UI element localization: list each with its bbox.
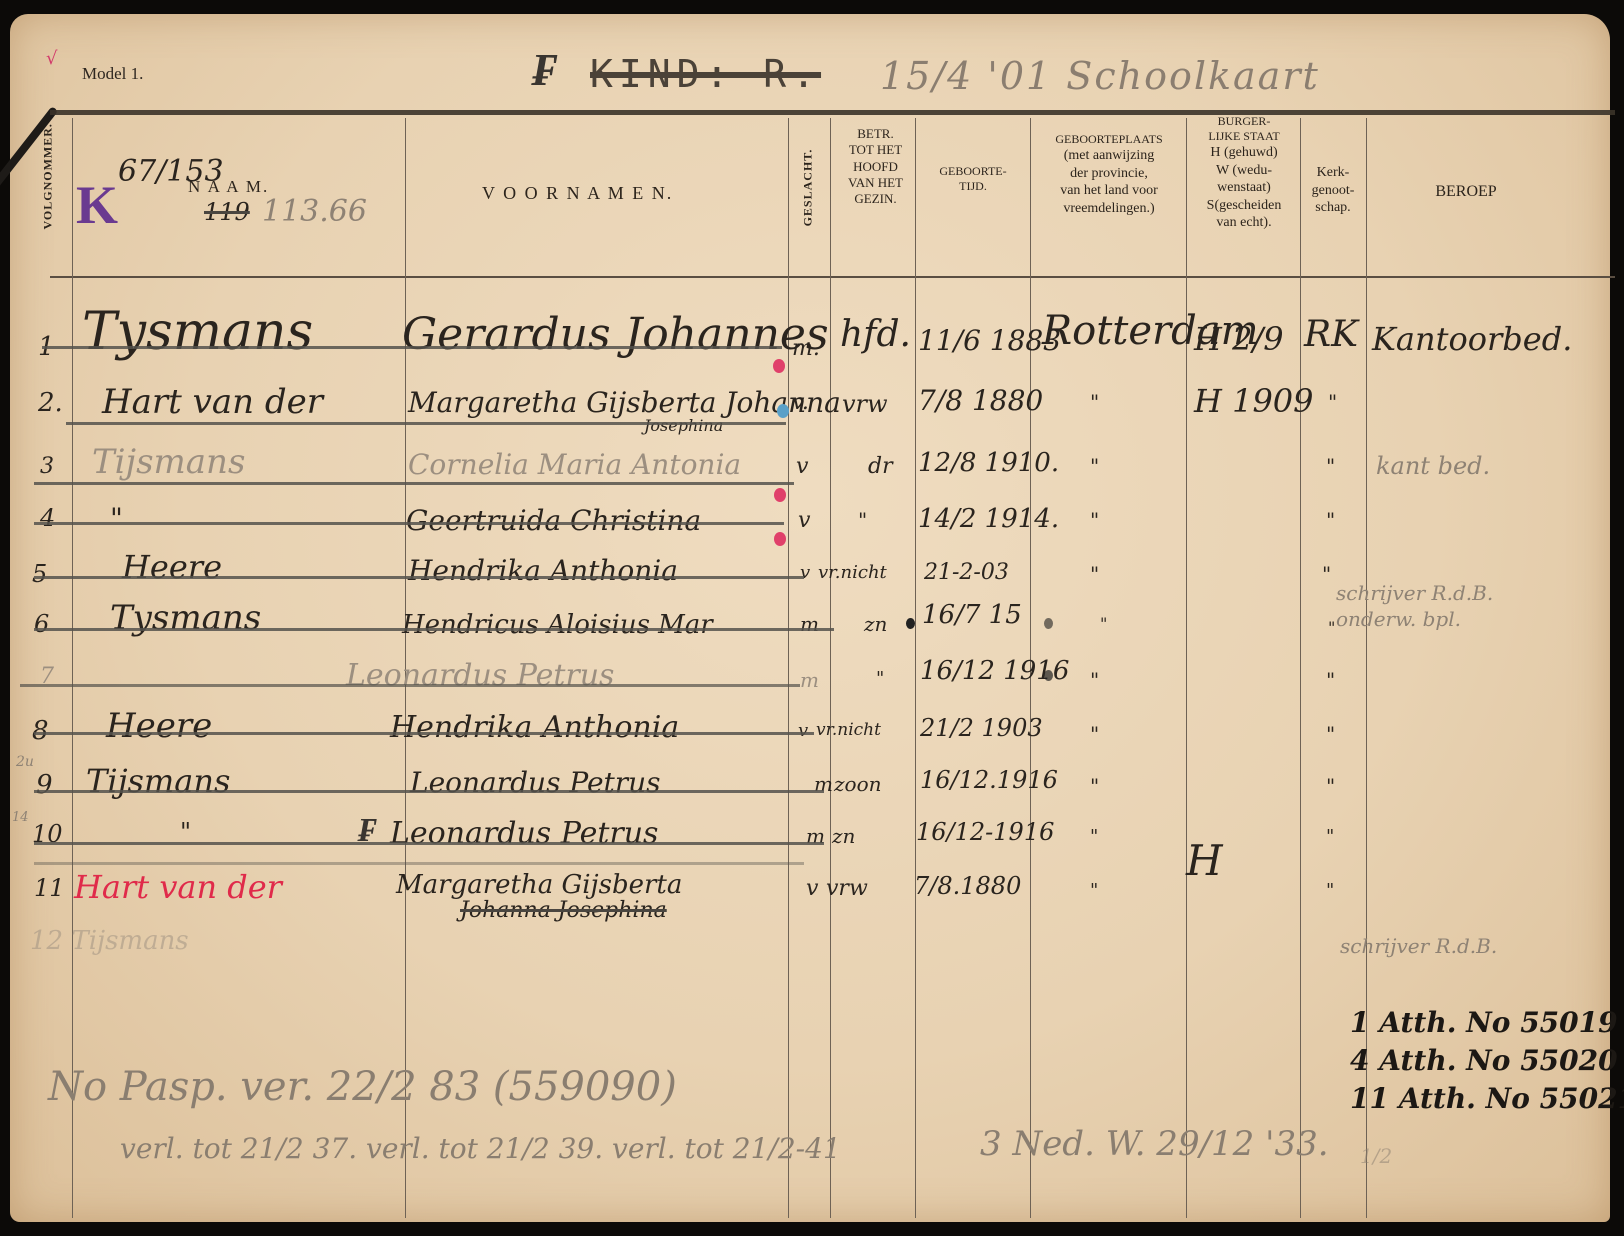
black-dot-icon: [1044, 670, 1053, 681]
header-line: HOOFD: [838, 159, 913, 175]
header-kerkgenootschap: Kerk- genoot- schap.: [1300, 164, 1366, 217]
header-line: BURGER-: [1186, 114, 1302, 129]
kerk-cell: ": [1322, 562, 1331, 586]
geslacht-cell: m.: [792, 336, 820, 361]
header-betrekking: BETR. TOT HET HOOFD VAN HET GEZIN.: [838, 126, 913, 207]
geboortetijd-cell: 16/7 15: [922, 600, 1022, 630]
geboorteplaats-cell: ": [1100, 614, 1107, 633]
kerk-cell: RK: [1304, 314, 1358, 355]
column-divider: [72, 118, 73, 1218]
voornamen-cell: Margaretha Gijsberta Johanna: [408, 386, 841, 419]
beroep-cell: schrijver R.d.B. onderw. bpl.: [1336, 580, 1516, 632]
geboortetijd-cell: 7/8.1880: [914, 872, 1021, 900]
voornamen-extra: Johanna Josephina: [460, 898, 667, 923]
naam-number-struck: 119: [204, 198, 250, 226]
footer-extension-note: verl. tot 21/2 37. verl. tot 21/2 39. ve…: [120, 1132, 841, 1165]
ghost-row-text: 12 Tijsmans: [30, 926, 189, 956]
strike-line: [20, 684, 800, 687]
row-number: 9: [36, 770, 53, 800]
kerk-cell: ": [1326, 774, 1335, 798]
betrekking-cell: vr.nicht: [816, 720, 881, 740]
footer-faint-note: 1/2: [1360, 1144, 1392, 1168]
column-divider: [788, 118, 789, 1218]
geboortetijd-cell: 11/6 1883: [918, 324, 1061, 357]
title-note: 15/4 '01 Schoolkaart: [880, 54, 1320, 98]
betrekking-cell: zoon: [834, 772, 882, 796]
header-line: der provincie,: [1030, 165, 1188, 183]
geboortetijd-cell: 14/2 1914.: [918, 504, 1059, 534]
geslacht-cell: m: [800, 612, 819, 636]
geslacht-cell: v.: [792, 390, 809, 415]
header-line: van het land voor: [1030, 182, 1188, 200]
betrekking-cell: vrw: [842, 390, 888, 418]
kerk-cell: ": [1326, 880, 1334, 901]
naam-cell: Heere: [106, 706, 212, 746]
voornamen-cell: Hendrika Anthonia: [390, 710, 679, 745]
kerk-cell: ": [1326, 668, 1335, 692]
burgerlijke-staat-cell: H 2/9: [1194, 320, 1284, 358]
column-divider: [915, 118, 916, 1218]
strike-line: [66, 422, 786, 425]
header-line: vreemdelingen.): [1030, 200, 1188, 218]
betrekking-cell: dr: [868, 454, 893, 479]
naam-number: 113.66: [262, 194, 367, 229]
header-line: S(gescheiden: [1186, 197, 1302, 215]
voornamen-cell: Hendrika Anthonia: [408, 554, 678, 587]
kerk-cell: ": [1326, 826, 1334, 847]
column-divider: [1300, 118, 1301, 1218]
betrekking-cell: ": [858, 508, 867, 532]
betrekking-cell: vr.nicht: [818, 562, 887, 583]
attestation-note: 4 Atth. No 55020: [1350, 1042, 1624, 1080]
geslacht-cell: v: [800, 562, 810, 583]
geboorteplaats-cell: ": [1090, 668, 1099, 692]
header-line: schap.: [1300, 199, 1366, 217]
header-beroep: BEROEP: [1366, 182, 1566, 202]
row-number: 2.: [38, 388, 63, 418]
voornamen-cell: Hendricus Aloisius Mar: [402, 610, 713, 640]
geboortetijd-cell: 16/12.1916: [920, 766, 1058, 794]
check-mark: √: [46, 48, 57, 69]
betrekking-cell: ": [876, 668, 884, 689]
kerk-cell: ": [1328, 618, 1335, 637]
geboorteplaats-cell: ": [1090, 562, 1099, 586]
f-mark-icon: ₣: [532, 42, 555, 96]
header-line: GEBOORTE-: [918, 164, 1028, 179]
strike-line: [34, 790, 824, 793]
row-number: 3: [40, 454, 54, 479]
betrekking-cell: hfd.: [840, 314, 911, 355]
kerk-cell: ": [1328, 390, 1337, 414]
naam-cell: Hart van der: [74, 868, 282, 906]
model-label: Model 1.: [82, 64, 143, 84]
strike-line: [34, 628, 834, 631]
voornamen-cell: Leonardus Petrus: [346, 658, 614, 693]
kerk-cell: ": [1326, 454, 1335, 478]
header-line: W (wedu-: [1186, 162, 1302, 180]
strike-line: [34, 862, 804, 865]
beroep-cell: Kantoorbed.: [1372, 320, 1572, 358]
attestation-notes: 1 Atth. No 55019 4 Atth. No 55020 11 Att…: [1350, 1004, 1624, 1117]
geboortetijd-cell: 7/8 1880: [918, 384, 1043, 417]
black-dot-icon: [1044, 618, 1053, 629]
row-number: 8: [32, 716, 49, 746]
header-line: Kerk-: [1300, 164, 1366, 182]
naam-cell: ": [110, 502, 123, 535]
strike-line: [34, 842, 824, 845]
strike-line: [34, 482, 794, 485]
row-number: 6: [34, 610, 49, 638]
kerk-cell: ": [1326, 508, 1335, 532]
betrekking-cell: zn: [864, 612, 887, 636]
naam-cell: Hart van der: [102, 382, 323, 422]
naam-cell: Tysmans: [82, 302, 313, 362]
geslacht-cell: m: [800, 668, 819, 692]
strike-line: [34, 522, 784, 525]
geboorteplaats-cell: ": [1090, 508, 1099, 532]
strike-line: [34, 576, 804, 579]
row-number-note: 2u: [16, 754, 34, 770]
naam-cell: Heere: [122, 548, 222, 586]
black-dot-icon: [906, 618, 915, 629]
beroep-cell: kant bed.: [1376, 452, 1490, 480]
row-number-note: 14: [12, 810, 29, 825]
voornamen-cell: Margaretha Gijsberta: [396, 870, 682, 900]
footer-passport-note: No Pasp. ver. 22/2 83 (559090): [48, 1064, 677, 1110]
naam-cell: Tijsmans: [86, 762, 230, 800]
header-geboorteplaats: GEBOORTEPLAATS (met aanwijzing der provi…: [1030, 132, 1188, 217]
strike-line: [42, 346, 782, 349]
header-line: wenstaat): [1186, 179, 1302, 197]
header-line: GEZIN.: [838, 191, 913, 207]
geslacht-cell: v: [798, 508, 810, 533]
geslacht-cell: v: [798, 720, 808, 741]
blue-dot-icon: [777, 404, 789, 418]
geboortetijd-cell: 12/8 1910.: [918, 448, 1059, 478]
column-divider: [1186, 118, 1187, 1218]
header-line: H (gehuwd): [1186, 144, 1302, 162]
geboortetijd-cell: 21-2-03: [924, 560, 1009, 585]
header-line: genoot-: [1300, 182, 1366, 200]
voornamen-cell: Gerardus Johannes: [402, 309, 829, 360]
attestation-note: 11 Atth. No 55021: [1350, 1080, 1624, 1118]
geslacht-cell: v: [796, 454, 808, 479]
header-line: (met aanwijzing: [1030, 147, 1188, 165]
naam-cell: Tijsmans: [92, 442, 245, 482]
k-stamp: K: [76, 174, 118, 236]
header-top-rule: [50, 110, 1615, 115]
strike-line: [34, 732, 814, 735]
header-volgnommer: VOLGNOMMER.: [41, 130, 56, 230]
header-line: TOT HET: [838, 142, 913, 158]
form-title: KIND: R.: [590, 52, 821, 96]
voornamen-cell: Geertruida Christina: [406, 504, 701, 537]
registration-card: √ Model 1. ₣ KIND: R. 15/4 '01 Schoolkaa…: [10, 14, 1610, 1222]
header-bottom-rule: [50, 276, 1615, 278]
column-divider: [830, 118, 831, 1218]
row-number: 11: [34, 874, 65, 902]
red-dot-icon: [773, 359, 785, 373]
header-line: TIJD.: [918, 179, 1028, 194]
geboorteplaats-cell: ": [1090, 390, 1099, 414]
beroep-cell: schrijver R.d.B.: [1340, 934, 1500, 958]
geslacht-cell: v: [806, 876, 818, 901]
voornamen-extra: Josephina: [644, 416, 723, 435]
header-burgerlijke-staat: BURGER- LIJKE STAAT H (gehuwd) W (wedu- …: [1186, 114, 1302, 232]
header-line: LIJKE STAAT: [1186, 129, 1302, 144]
header-line: GEBOORTEPLAATS: [1030, 132, 1188, 147]
header-line: van echt).: [1186, 214, 1302, 232]
kerk-cell: ": [1326, 722, 1335, 746]
betrekking-cell: zn: [832, 824, 855, 848]
geboorteplaats-cell: ": [1090, 826, 1098, 847]
burgerlijke-staat-cell: H: [1186, 836, 1223, 885]
geboorteplaats-cell: ": [1090, 722, 1099, 746]
header-naam: N A A M.: [188, 176, 269, 197]
red-dot-icon: [774, 488, 786, 502]
voornamen-cell: Leonardus Petrus: [410, 766, 661, 799]
header-line: VAN HET: [838, 175, 913, 191]
geboortetijd-cell: 16/12-1916: [916, 818, 1054, 846]
header-geslacht: GESLACHT.: [801, 142, 816, 234]
red-dot-icon: [774, 532, 786, 546]
voornamen-cell: Leonardus Petrus: [390, 816, 658, 851]
voornamen-cell: Cornelia Maria Antonia: [408, 448, 741, 481]
geboorteplaats-cell: ": [1090, 454, 1099, 478]
geboortetijd-cell: 21/2 1903: [920, 714, 1043, 742]
attestation-note: 1 Atth. No 55019: [1350, 1004, 1624, 1042]
burgerlijke-staat-cell: H 1909: [1194, 382, 1314, 420]
geboorteplaats-cell: ": [1090, 880, 1098, 901]
naam-cell: Tysmans: [110, 598, 261, 638]
header-voornamen: V O O R N A M E N.: [482, 182, 673, 205]
footer-naturalisation-note: 3 Ned. W. 29/12 '33.: [980, 1124, 1329, 1164]
header-line: BETR.: [838, 126, 913, 142]
betrekking-cell: vrw: [826, 876, 868, 901]
geboorteplaats-cell: ": [1090, 774, 1099, 798]
row-number: 5: [32, 560, 47, 588]
header-geboortetijd: GEBOORTE- TIJD.: [918, 164, 1028, 194]
row-number: 4: [40, 504, 55, 532]
